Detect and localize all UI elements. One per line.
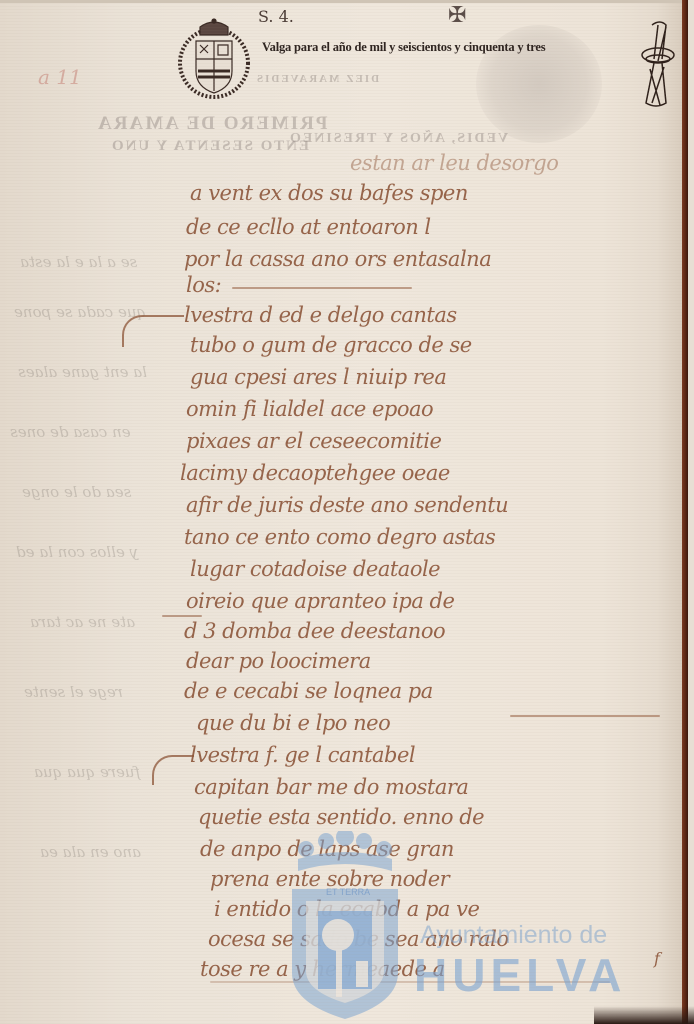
handwritten-line: de anpo de laps ase gran <box>200 837 454 861</box>
cross-icon: ✠ <box>448 3 466 28</box>
bleed-through-line: rege el sente <box>24 683 123 701</box>
paragraph-mark <box>152 755 194 785</box>
scan-corner-shadow <box>594 1006 694 1024</box>
line-filler-stroke <box>510 715 660 717</box>
handwritten-line: por la cassa ano ors entasalna <box>184 247 491 271</box>
bleed-through-line: la ent gane alaes <box>18 363 147 381</box>
handwritten-line: los: <box>186 273 221 297</box>
line-filler-stroke <box>210 981 610 983</box>
handwritten-line: lvestra d ed e delgo cantas <box>184 303 457 327</box>
handwritten-line: estan ar leu desorgo <box>350 151 558 175</box>
handwritten-line: d 3 domba dee deestanoo <box>184 619 445 643</box>
paragraph-mark <box>122 315 184 347</box>
margin-folio-number: a 11 <box>38 65 82 89</box>
handwritten-line: i entido o la ecabd a pa ve <box>214 897 479 921</box>
folio-number: S. 4. <box>258 7 294 26</box>
handwritten-line: oireio que apranteo ipa de <box>186 589 454 613</box>
embossed-stamp-ghost <box>476 25 602 143</box>
bleed-through-line: VEDIS, AÑOS Y TRESINEO <box>288 131 508 147</box>
handwritten-line: tubo o gum de gracco de se <box>190 333 472 357</box>
handwritten-line: afir de juris deste ano sendentu <box>186 493 508 517</box>
handwritten-line: prena ente sobre noder <box>210 867 449 891</box>
watermark-huelva: HUELVA <box>414 948 626 1002</box>
bleed-through-line: en casa de ones <box>10 423 131 441</box>
line-filler-stroke <box>232 287 412 289</box>
manuscript-page: a 11 PRIMERO DE AMARA VEDIS, AÑOS Y TRES… <box>0 0 684 1024</box>
watermark-ayuntamiento: Ayuntamiento de <box>420 921 607 950</box>
notary-sign-icon <box>636 19 678 109</box>
handwritten-line: omin fi lialdel ace epoao <box>186 397 433 421</box>
handwritten-line: gua cpesi ares l niuip rea <box>190 365 446 389</box>
bleed-through-line: fuere qua qua <box>34 763 140 781</box>
handwritten-line: lacimy decaoptehgee oeae <box>180 461 450 485</box>
handwritten-line: lugar cotadoise deataole <box>190 557 440 581</box>
handwritten-line: lvestra f. ge l cantabel <box>190 743 415 767</box>
huelva-crest-watermark-icon <box>286 831 404 1021</box>
handwritten-line: dear po loocimera <box>186 649 371 673</box>
bleed-through-line: ENTO SESENTA Y UNO <box>110 138 309 155</box>
handwritten-line: que du bi e lpo neo <box>196 711 390 735</box>
handwritten-line: de ce ecllo at entoaron l <box>186 215 431 239</box>
handwritten-line: de e cecabi se loqnea pa <box>184 679 433 703</box>
bleed-through-line: que cada se pone <box>14 303 146 321</box>
bleed-through-line: PRIMERO DE AMARA <box>96 113 328 135</box>
stamped-paper-header: Valga para el año de mil y seiscientos y… <box>262 41 642 53</box>
crest-motto: ET TERRA <box>326 887 370 897</box>
handwritten-line: capitan bar me do mostara <box>194 775 468 799</box>
handwritten-line: ocesa se sado be sea ano ralo <box>208 927 508 951</box>
line-filler-stroke <box>162 615 202 617</box>
next-page-edge <box>688 0 694 1024</box>
handwritten-line: a vent ex dos su bafes spen <box>190 181 468 205</box>
bleed-through-line: DIEZ MARAVEDIS <box>255 73 379 85</box>
handwritten-line: quetie esta sentido. enno de <box>198 805 484 829</box>
handwritten-line: tano ce ento como degro astas <box>184 525 495 549</box>
handwritten-line: tose re a y hermeaede a <box>200 957 445 981</box>
handwritten-line: pixaes ar el ceseecomitie <box>186 429 441 453</box>
bleed-through-line: sea do le onge <box>22 483 131 501</box>
handwritten-line: f <box>654 949 659 968</box>
royal-crest-icon <box>172 15 256 103</box>
bleed-through-line: se a la e la esta <box>20 253 137 271</box>
bleed-through-line: y ellos con la ed <box>16 543 138 561</box>
bleed-through-line: ate ne ac tara <box>30 613 135 631</box>
bleed-through-line: ano en ala ea <box>40 843 141 861</box>
